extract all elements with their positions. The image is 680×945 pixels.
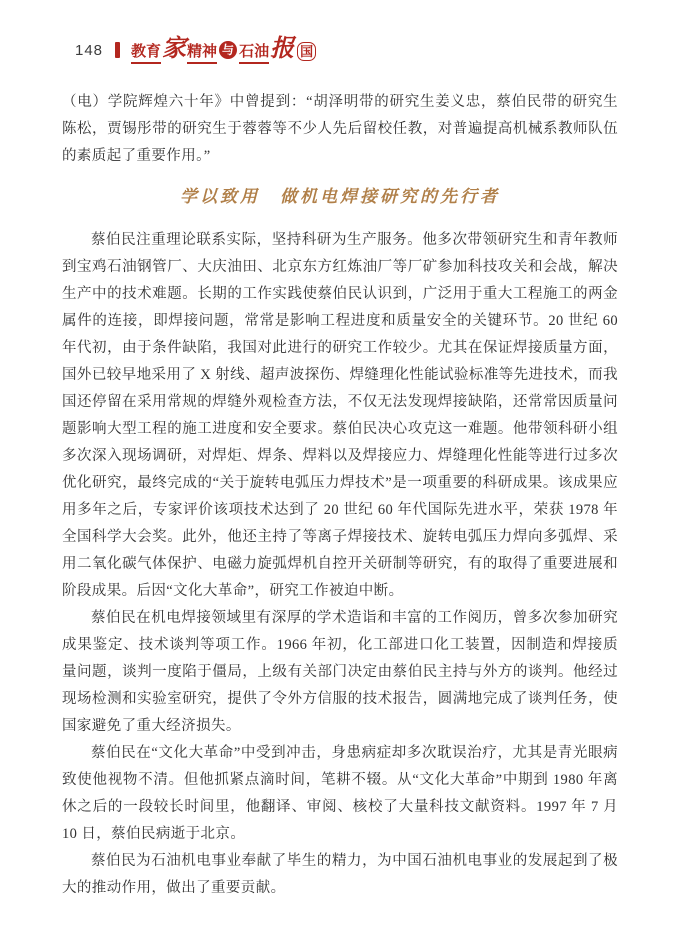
masthead-segment: 精神 bbox=[187, 45, 217, 64]
masthead-segment: 教育 bbox=[131, 45, 161, 64]
paragraph: 蔡伯民在“文化大革命”中受到冲击，身患病症却多次耽误治疗，尤其是青光眼病致使他视… bbox=[62, 740, 618, 848]
paragraph: 蔡伯民为石油机电事业奉献了毕生的精力，为中国石油机电事业的发展起到了极大的推动作… bbox=[62, 848, 618, 902]
book-page: 148 教育 家 精神 与 石油 报 国 （电）学院辉煌六十年》中曾提到：“胡泽… bbox=[0, 0, 680, 945]
page-number: 148 bbox=[75, 42, 103, 59]
header-divider-bar bbox=[115, 42, 120, 58]
paragraph-continuation: （电）学院辉煌六十年》中曾提到：“胡泽明带的研究生姜义忠，蔡伯民带的研究生陈松，… bbox=[62, 89, 618, 170]
masthead-circle-badge: 与 bbox=[219, 41, 237, 59]
masthead-segment: 石油 bbox=[239, 45, 269, 64]
masthead-boxed-seal: 国 bbox=[297, 42, 316, 61]
book-masthead-logo: 教育 家 精神 与 石油 报 国 bbox=[131, 37, 316, 64]
paragraph: 蔡伯民在机电焊接领域里有深厚的学术造诣和丰富的工作阅历，曾多次参加研究成果鉴定、… bbox=[62, 605, 618, 740]
paragraph: 蔡伯民注重理论联系实际，坚持科研为生产服务。他多次带领研究生和青年教师到宝鸡石油… bbox=[62, 227, 618, 605]
article-body: （电）学院辉煌六十年》中曾提到：“胡泽明带的研究生姜义忠，蔡伯民带的研究生陈松，… bbox=[62, 89, 618, 902]
running-head: 148 教育 家 精神 与 石油 报 国 bbox=[75, 36, 680, 64]
masthead-segment-large: 报 bbox=[269, 37, 295, 61]
section-heading: 学以致用 做机电焊接研究的先行者 bbox=[62, 183, 618, 210]
masthead-segment-large: 家 bbox=[161, 37, 187, 61]
